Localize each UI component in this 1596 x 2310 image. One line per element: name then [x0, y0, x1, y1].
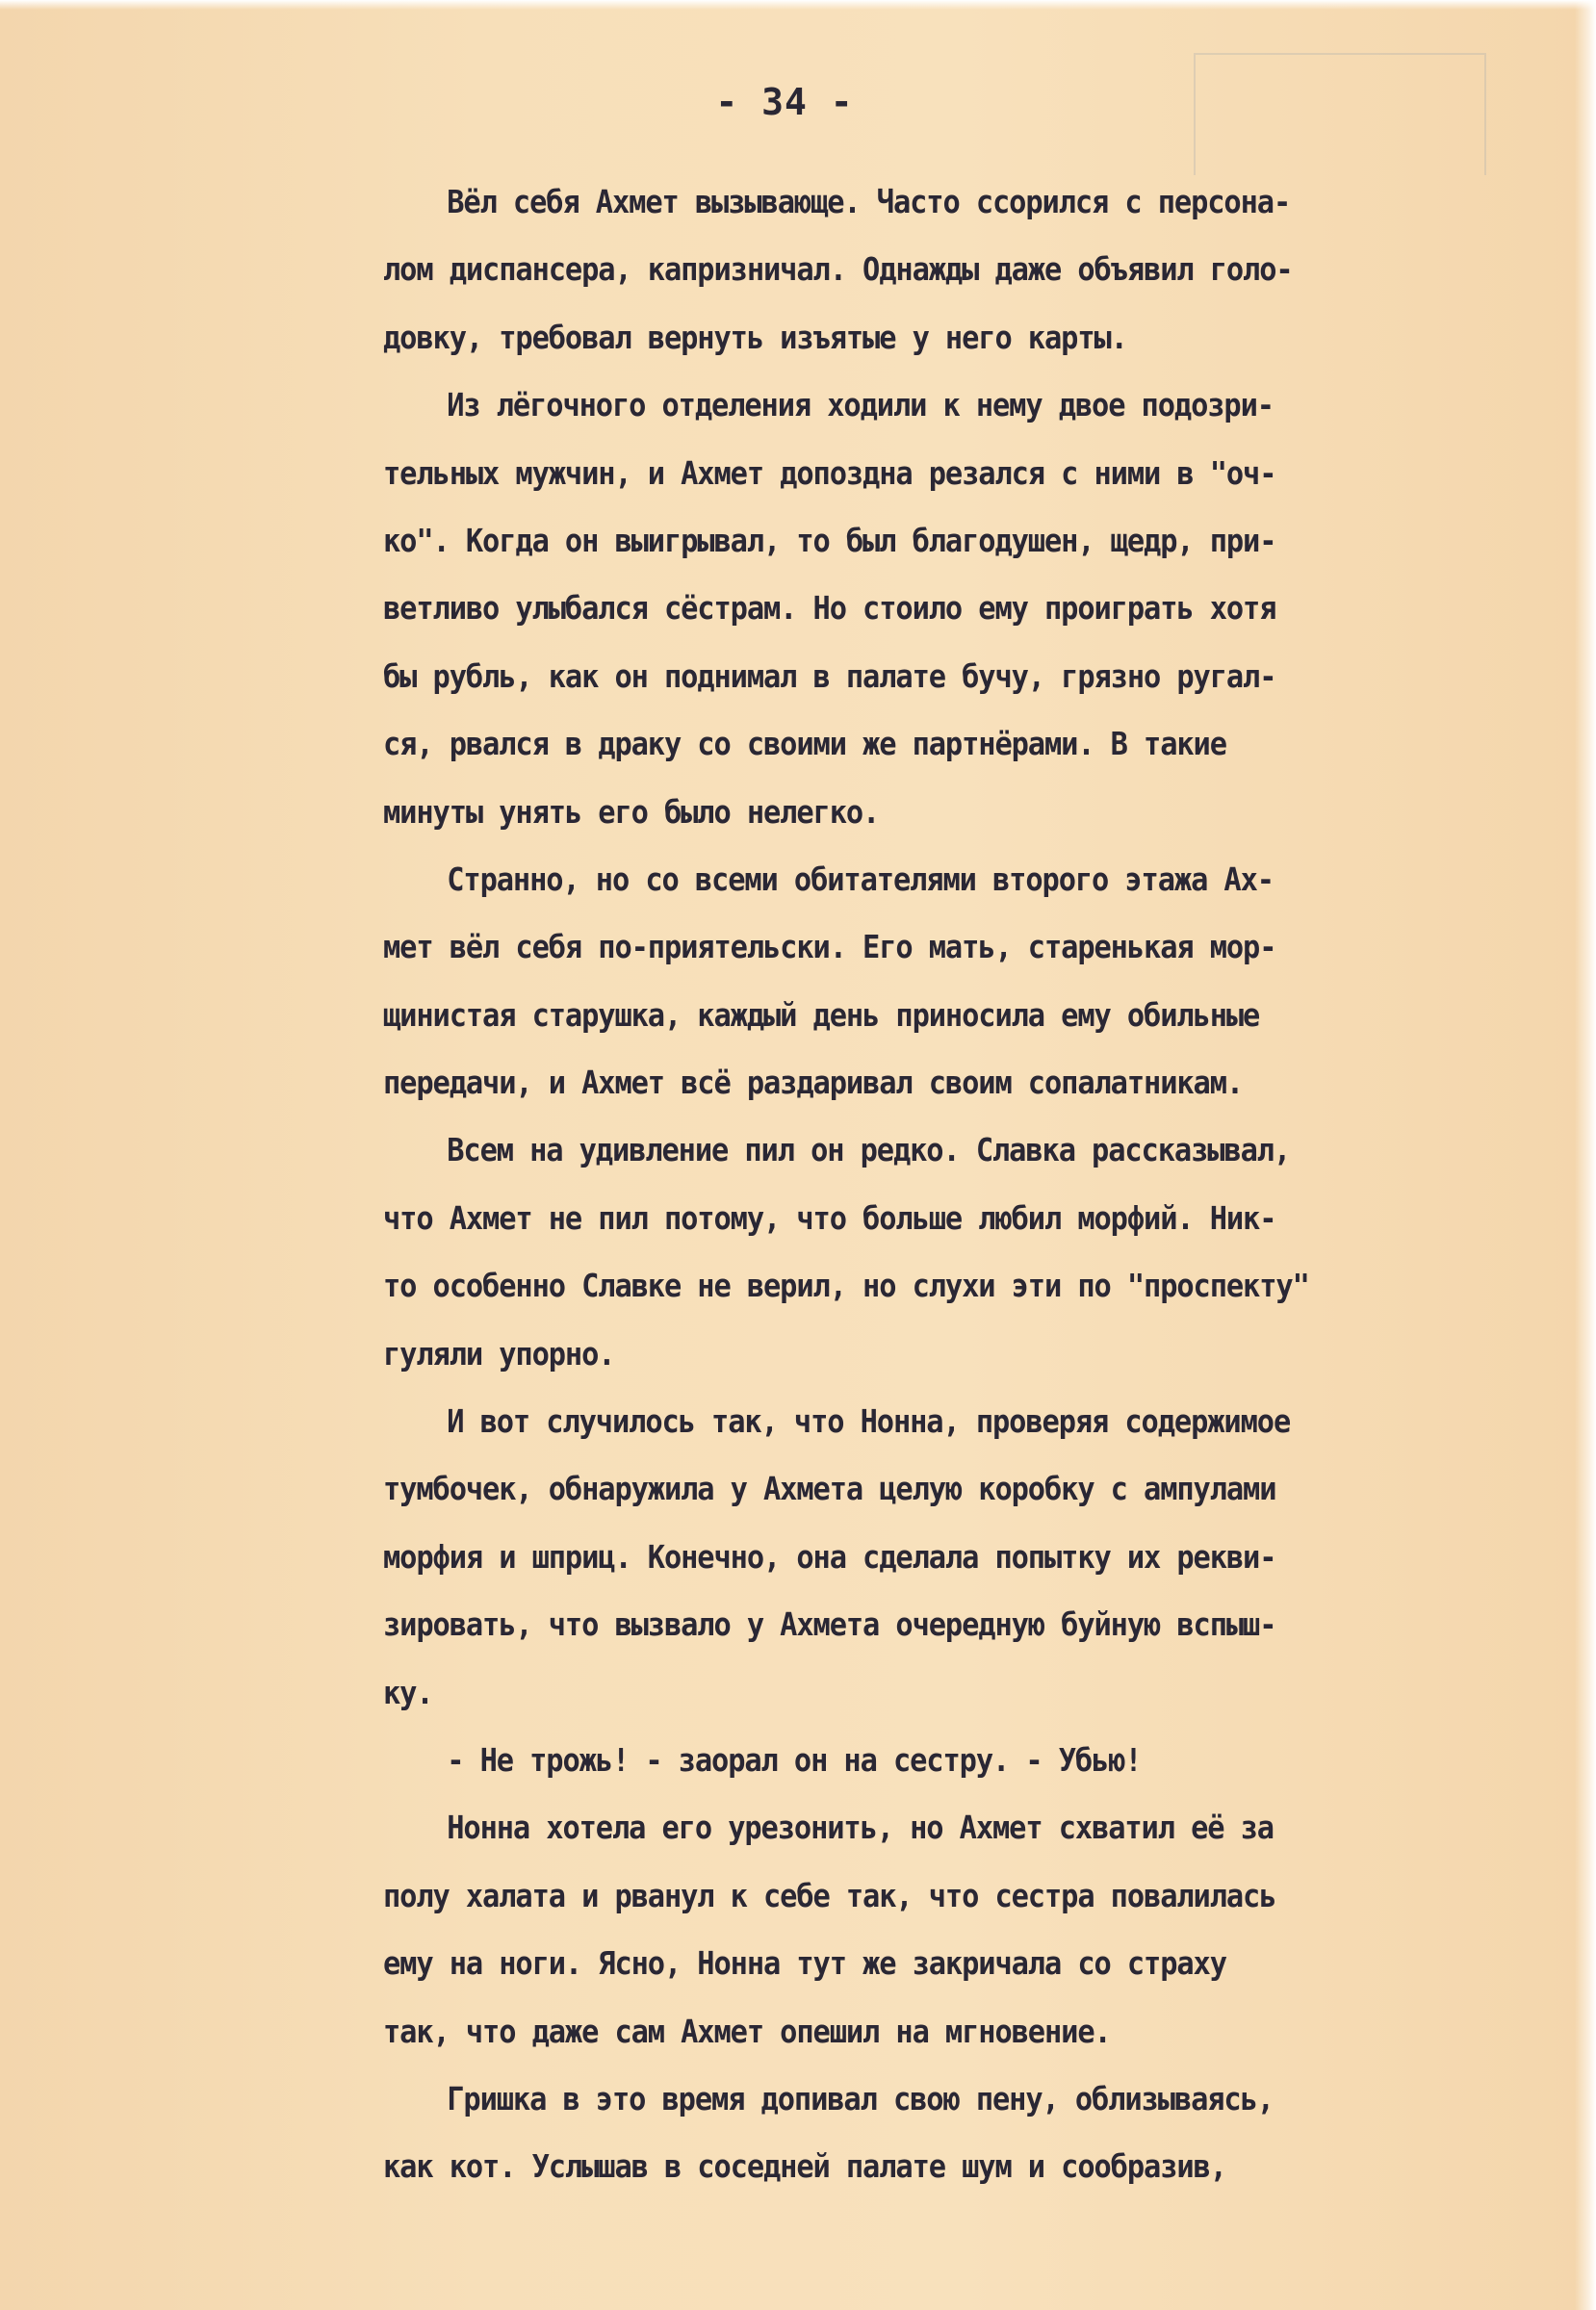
text-line: минуты унять его было нелегко. [383, 789, 1463, 857]
text-line: передачи, и Ахмет всё раздаривал своим с… [383, 1060, 1463, 1127]
text-line: - Не трожь! - заорал он на сестру. - Убь… [383, 1737, 1463, 1805]
text-line: тельных мужчин, и Ахмет допоздна резался… [383, 450, 1463, 518]
text-line: зировать, что вызвало у Ахмета очередную… [383, 1602, 1463, 1669]
text-line: И вот случилось так, что Нонна, проверяя… [383, 1399, 1463, 1466]
text-line: мет вёл себя по-приятельски. Его мать, с… [383, 924, 1463, 991]
text-line: морфия и шприц. Конечно, она сделала поп… [383, 1534, 1463, 1602]
text-line: тумбочек, обнаружила у Ахмета целую коро… [383, 1466, 1463, 1533]
text-line: Вёл себя Ахмет вызывающе. Часто ссорился… [383, 179, 1463, 246]
text-line: ко". Когда он выигрывал, то был благодуш… [383, 518, 1463, 585]
text-line: ему на ноги. Ясно, Нонна тут же закричал… [383, 1940, 1463, 2008]
typed-text-body: Вёл себя Ахмет вызывающе. Часто ссорился… [383, 179, 1557, 2212]
text-line: Странно, но со всеми обитателями второго… [383, 857, 1463, 924]
text-line: как кот. Услышав в соседней палате шум и… [383, 2143, 1463, 2211]
text-line: то особенно Славке не верил, но слухи эт… [383, 1263, 1463, 1330]
text-line: лом диспансера, капризничал. Однажды даж… [383, 246, 1463, 314]
text-line: бы рубль, как он поднимал в палате бучу,… [383, 654, 1463, 721]
text-line: Нонна хотела его урезонить, но Ахмет схв… [383, 1805, 1463, 1872]
paper-top-edge [0, 0, 1596, 10]
text-line: гуляли упорно. [383, 1331, 1463, 1399]
text-line: ся, рвался в драку со своими же партнёра… [383, 721, 1463, 788]
text-line: Гришка в это время допивал свою пену, об… [383, 2076, 1463, 2143]
paper-right-edge [1575, 0, 1596, 2310]
text-line: что Ахмет не пил потому, что больше люби… [383, 1195, 1463, 1263]
text-line: Из лёгочного отделения ходили к нему дво… [383, 382, 1463, 449]
text-line: полу халата и рванул к себе так, что сес… [383, 1873, 1463, 1940]
text-line: Всем на удивление пил он редко. Славка р… [383, 1127, 1463, 1194]
text-line: довку, требовал вернуть изъятые у него к… [383, 315, 1463, 382]
text-line: щинистая старушка, каждый день приносила… [383, 992, 1463, 1060]
page-number-label: - 34 - [715, 81, 853, 123]
text-line: так, что даже сам Ахмет опешил на мгнове… [383, 2009, 1463, 2076]
page-number: - 34 - [0, 81, 1596, 123]
text-line: ку. [383, 1670, 1463, 1737]
text-line: ветливо улыбался сёстрам. Но стоило ему … [383, 585, 1463, 653]
